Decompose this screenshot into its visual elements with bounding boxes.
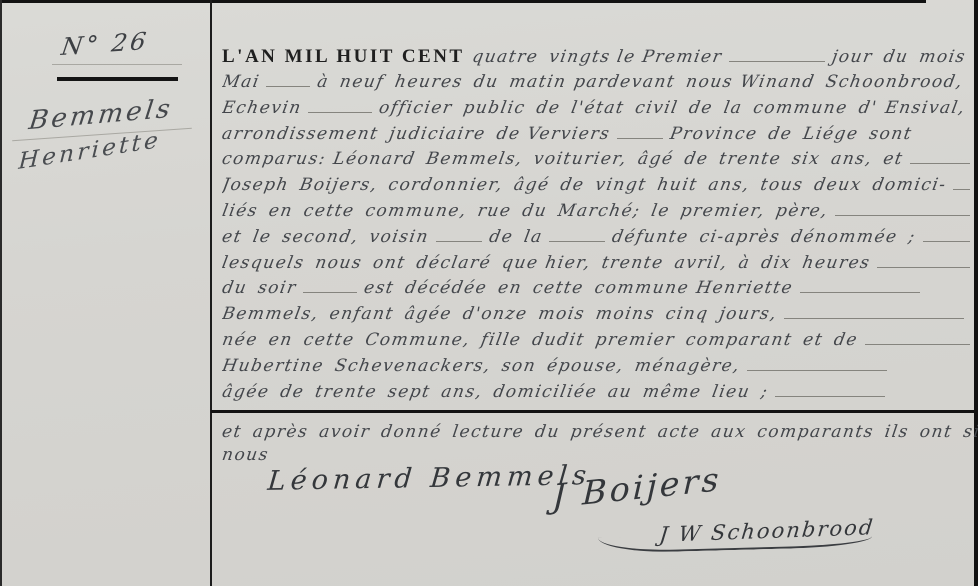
act-number: N° 26 <box>59 27 150 61</box>
act-line: Bemmels, enfant âgée d'onze mois moins c… <box>222 302 970 328</box>
act-line: âgée de trente sept ans, domiciliée au m… <box>222 379 970 405</box>
margin-column: N° 26 Bemmels Henriette <box>0 0 210 586</box>
act-line: Joseph Boijers, cordonnier, âgé de vingt… <box>222 173 970 199</box>
filled-officer-title: Echevin <box>222 96 304 122</box>
blank-rule <box>617 121 663 138</box>
margin-divider-line <box>57 77 178 81</box>
filled-year: quatre vingts <box>469 45 612 70</box>
filled-deceased-firstname: Henriette <box>694 276 796 302</box>
filled-death-date: hier, trente avril, à dix heures <box>543 251 873 277</box>
right-border-rule <box>974 0 978 586</box>
filled-death-time: du soir <box>222 276 299 302</box>
act-line: née en cette Commune, fille dudit premie… <box>222 328 970 354</box>
act-line: Hubertine Schevenackers, son épouse, mén… <box>222 354 970 380</box>
blank-rule <box>835 199 970 216</box>
filled-officer-name: Winand Schoonbrood, <box>737 70 965 96</box>
filled-commune: Ensival, <box>882 96 967 122</box>
filled-month: Mai <box>222 70 262 96</box>
filled-declarant2: Joseph Boijers, cordonnier, âgé de vingt… <box>222 173 949 199</box>
blank-rule <box>549 225 605 242</box>
filled-declarant1: Léonard Bemmels, voiturier, âgé de trent… <box>330 147 905 173</box>
blank-rule <box>729 45 825 62</box>
act-line: lesquels nous ont déclaré quehier, trent… <box>222 250 970 276</box>
act-line: Maià neuf heures du matinpardevant nousW… <box>222 70 970 96</box>
act-body: L'AN MIL HUIT CENTquatre vingtslePremier… <box>212 0 974 405</box>
filled-deceased-details: Bemmels, enfant âgée d'onze mois moins c… <box>222 302 779 328</box>
section-separator-rule <box>211 410 974 413</box>
signature-declarant1: Léonard Bemmels <box>266 460 592 497</box>
blank-rule <box>266 70 310 87</box>
act-number-underline <box>52 64 182 65</box>
act-line: liés en cette commune, rue du Marché; le… <box>222 199 970 225</box>
act-line: et le second, voisinde ladéfunte ci-aprè… <box>222 225 970 251</box>
filled-arrondissement: Verviers <box>525 122 613 148</box>
blank-rule <box>775 379 885 396</box>
blank-rule <box>747 354 887 371</box>
filled-day: Premier <box>640 45 725 70</box>
blank-rule <box>303 276 357 293</box>
blank-rule <box>923 225 970 242</box>
act-line: arrondissement judiciaire deVerviersProv… <box>222 121 970 147</box>
blank-rule <box>865 328 970 345</box>
act-line: comparus:Léonard Bemmels, voiturier, âgé… <box>222 147 970 173</box>
closing-statement: et après avoir donné lecture du présent … <box>222 421 967 467</box>
closing-line-2: nous <box>220 444 270 467</box>
filled-mother-name: Hubertine Schevenackers, son épouse, mén… <box>222 354 742 380</box>
printed-form-header: L'AN MIL HUIT CENT <box>222 44 465 70</box>
blank-rule <box>877 250 970 267</box>
blank-rule <box>308 96 372 113</box>
blank-rule <box>784 302 964 319</box>
act-line: L'AN MIL HUIT CENTquatre vingtslePremier… <box>222 44 970 70</box>
blank-rule <box>436 225 482 242</box>
act-line: du soirest décédée en cette communeHenri… <box>222 276 970 302</box>
blank-rule <box>953 173 970 190</box>
act-line: Echevinofficier public de l'état civil d… <box>222 96 970 122</box>
blank-rule <box>800 276 920 293</box>
signature-flourish <box>598 530 872 553</box>
blank-rule <box>910 147 970 164</box>
closing-line-1: et après avoir donné lecture du présent … <box>220 421 978 444</box>
death-record-scan: N° 26 Bemmels Henriette L'AN MIL HUIT CE… <box>0 0 978 586</box>
